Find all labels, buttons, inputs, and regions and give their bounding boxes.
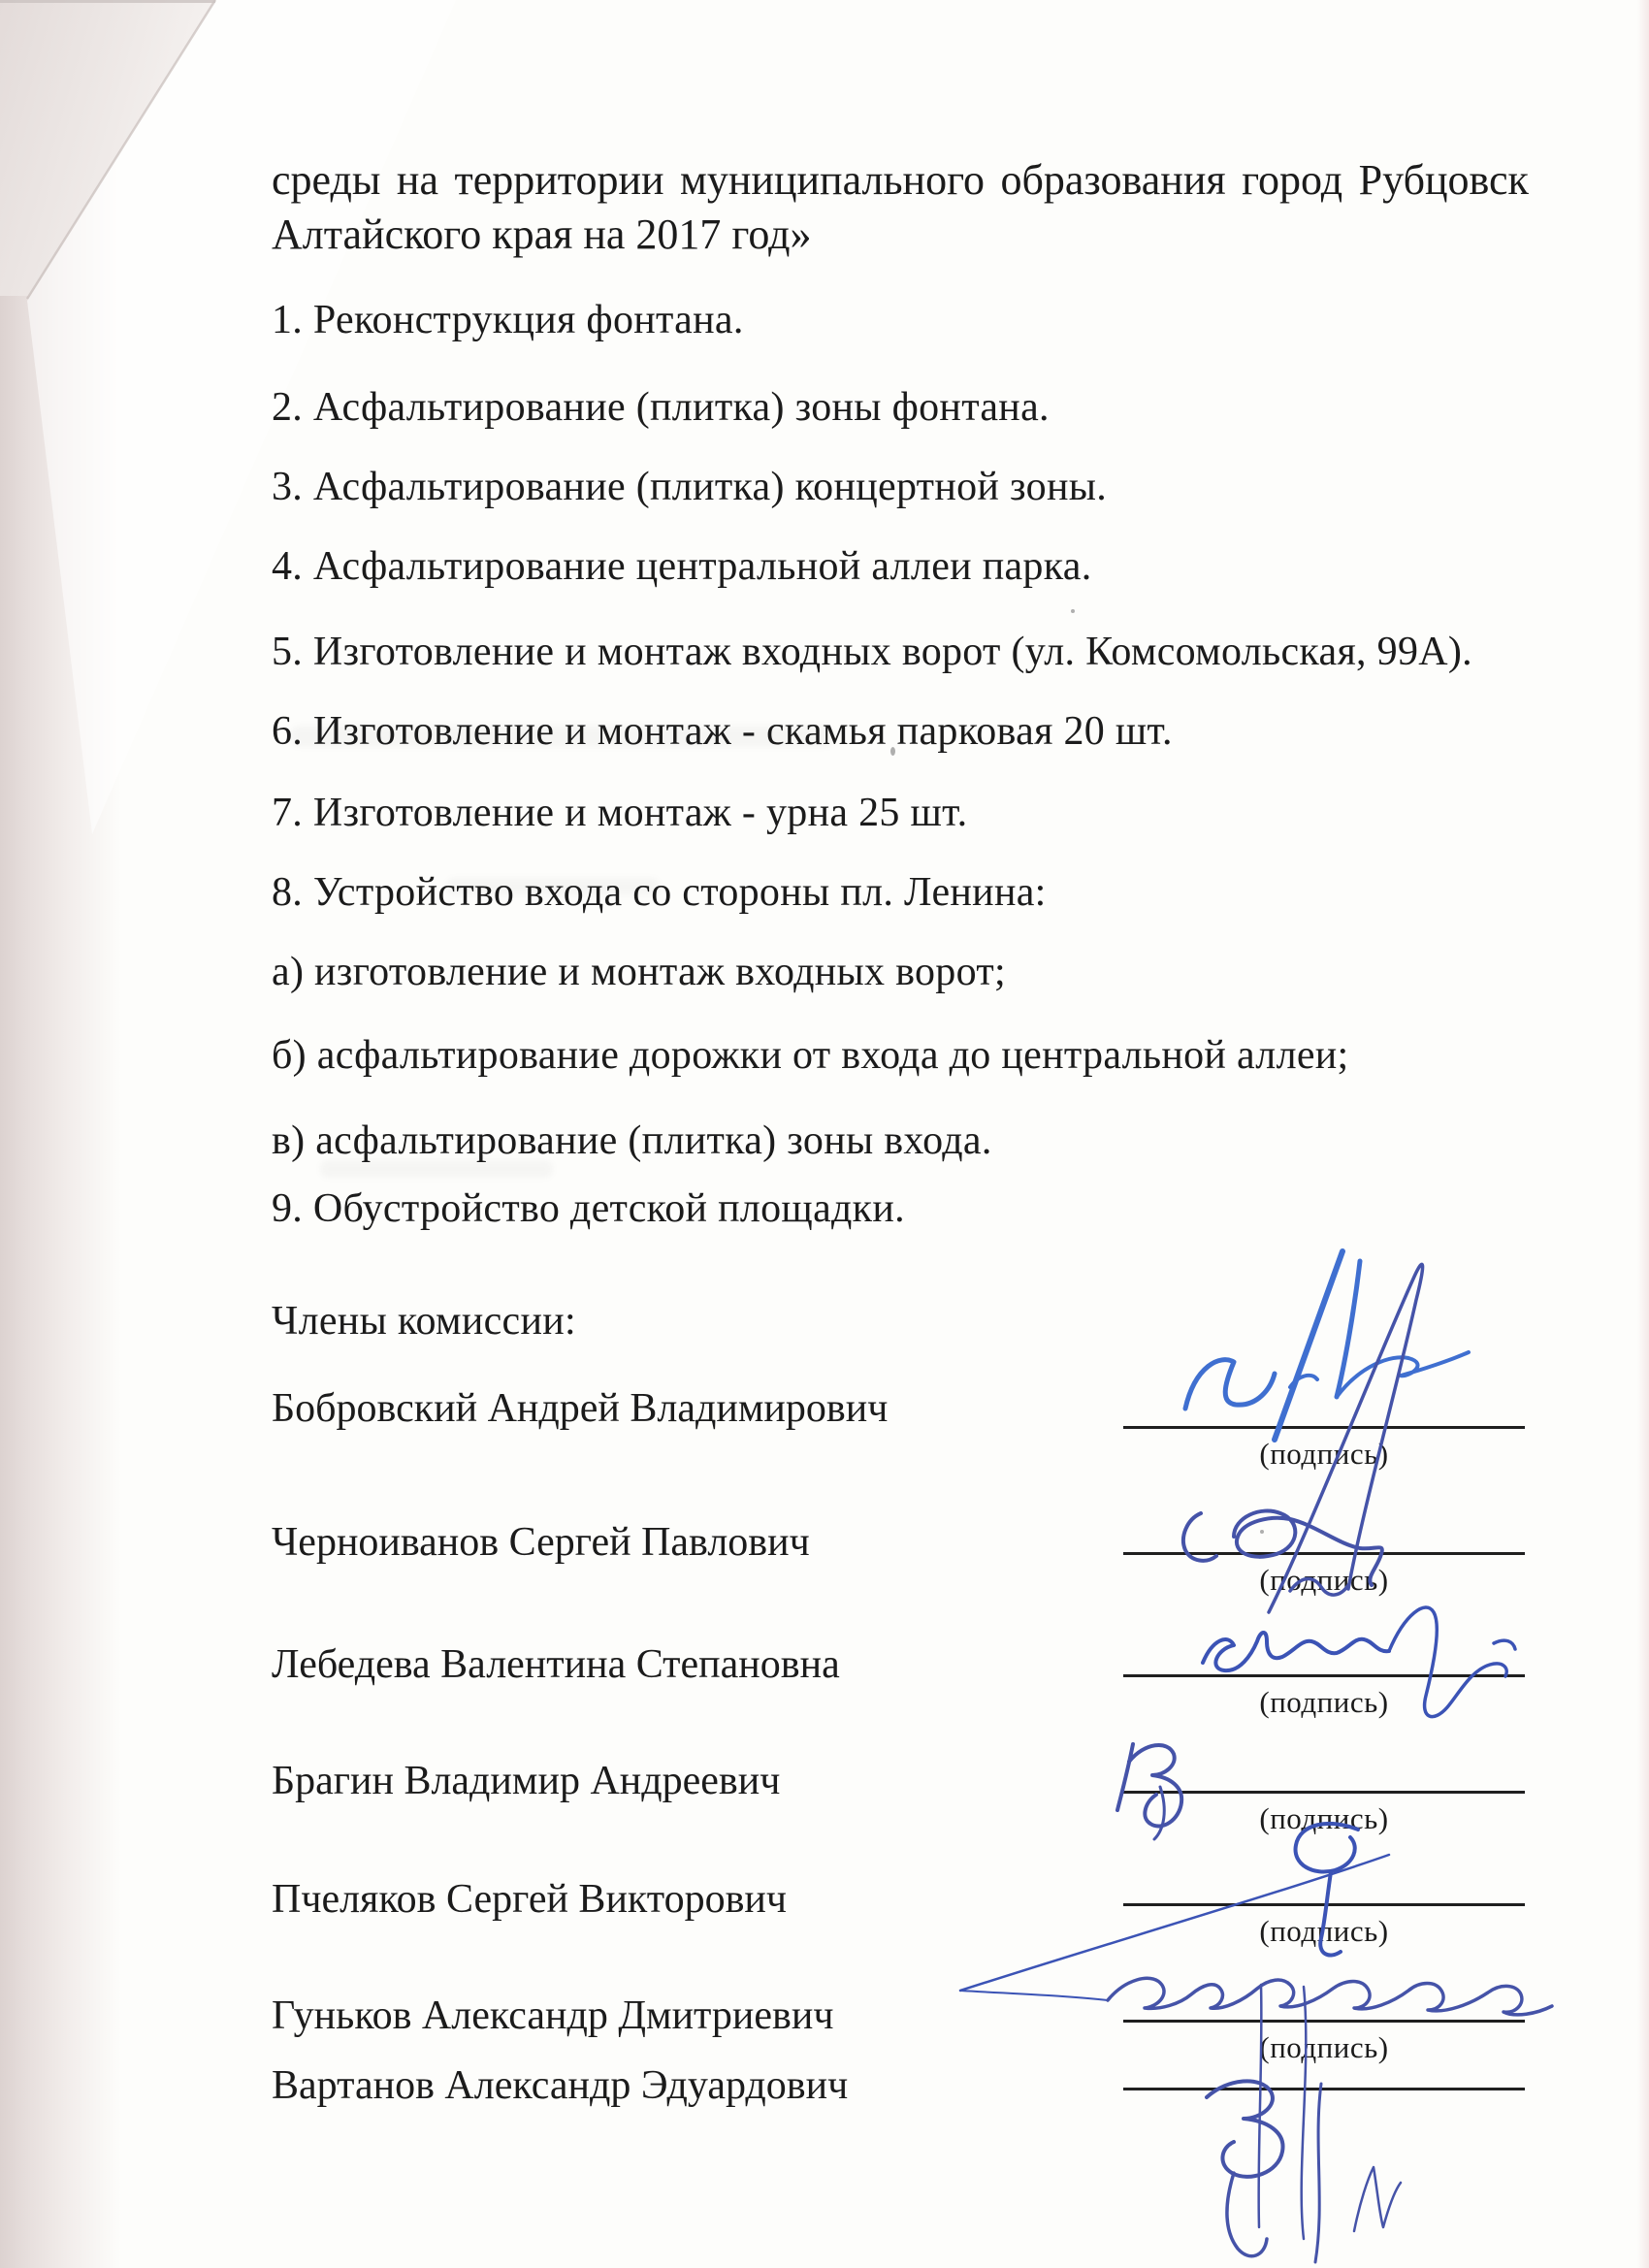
signature-caption: (подпись): [1123, 2030, 1525, 2065]
signature-caption: (подпись): [1123, 1437, 1525, 1472]
list-item: 1. Реконструкция фонтана.: [272, 297, 744, 343]
signature-caption: (подпись): [1123, 1563, 1525, 1598]
list-item: 7. Изготовление и монтаж - урна 25 шт.: [272, 790, 967, 836]
signature-line: [1123, 2088, 1525, 2090]
member-name: Лебедева Валентина Степановна: [272, 1641, 840, 1688]
list-item: 2. Асфальтирование (плитка) зоны фонтана…: [272, 384, 1050, 431]
intro-line-2: Алтайского края на 2017 год»: [272, 210, 812, 259]
list-item: 9. Обустройство детской площадки.: [272, 1185, 905, 1232]
signature-block: (подпись): [1123, 1426, 1525, 1472]
intro-word: территории: [454, 155, 663, 205]
signature-block: (подпись): [1123, 1791, 1525, 1836]
intro-word: на: [397, 155, 438, 205]
signature-ink-vartanov: [1207, 2081, 1401, 2262]
intro-word: город: [1242, 155, 1342, 205]
intro-word: Рубцовск: [1359, 155, 1529, 205]
signature-block: (подпись): [1123, 1552, 1525, 1598]
list-item: 8. Устройство входа со стороны пл. Ленин…: [272, 869, 1047, 916]
commission-heading: Члены комиссии:: [272, 1298, 576, 1345]
list-item: 5. Изготовление и монтаж входных ворот (…: [272, 629, 1472, 675]
intro-line-1: среды на территории муниципального образ…: [272, 155, 1529, 205]
signature-line: [1123, 1791, 1525, 1794]
scanned-page: среды на территории муниципального образ…: [0, 0, 1649, 2268]
member-name: Брагин Владимир Андреевич: [272, 1758, 780, 1804]
signature-ink-bobrovsky: [1185, 1251, 1469, 1440]
signature-line: [1123, 1674, 1525, 1677]
signature-line: [1123, 1903, 1525, 1906]
signature-caption: (подпись): [1123, 1685, 1525, 1720]
list-item: 3. Асфальтирование (плитка) концертной з…: [272, 464, 1107, 510]
list-item: а) изготовление и монтаж входных ворот;: [272, 949, 1006, 995]
intro-word: образования: [1001, 155, 1226, 205]
page-right-shadow: [1637, 0, 1649, 2268]
signature-line: [1123, 1426, 1525, 1429]
signature-block: (подпись): [1123, 1674, 1525, 1720]
dust-speck: [1071, 609, 1075, 613]
intro-word: муниципального: [680, 155, 985, 205]
member-name: Бобровский Андрей Владимирович: [272, 1385, 888, 1432]
list-item: 4. Асфальтирование центральной аллеи пар…: [272, 543, 1092, 590]
list-item: 6. Изготовление и монтаж - скамья парков…: [272, 708, 1173, 755]
signature-block: [1123, 2088, 1525, 2098]
signature-block: (подпись): [1123, 2020, 1525, 2065]
dust-speck: [1260, 1530, 1264, 1534]
signature-caption: (подпись): [1123, 1801, 1525, 1836]
member-name: Вартанов Александр Эдуардович: [272, 2062, 848, 2109]
list-item: б) асфальтирование дорожки от входа до ц…: [272, 1032, 1349, 1079]
member-name: Черноиванов Сергей Павлович: [272, 1519, 810, 1566]
signature-caption: (подпись): [1123, 1914, 1525, 1949]
member-name: Гуньков Александр Дмитриевич: [272, 1993, 833, 2039]
signature-ink-gunkov: [1108, 1978, 1552, 2239]
signature-line: [1123, 1552, 1525, 1555]
signature-block: (подпись): [1123, 1903, 1525, 1949]
intro-word: среды: [272, 155, 380, 205]
member-name: Пчеляков Сергей Викторович: [272, 1876, 787, 1923]
signature-line: [1123, 2020, 1525, 2023]
list-item: в) асфальтирование (плитка) зоны входа.: [272, 1118, 992, 1164]
